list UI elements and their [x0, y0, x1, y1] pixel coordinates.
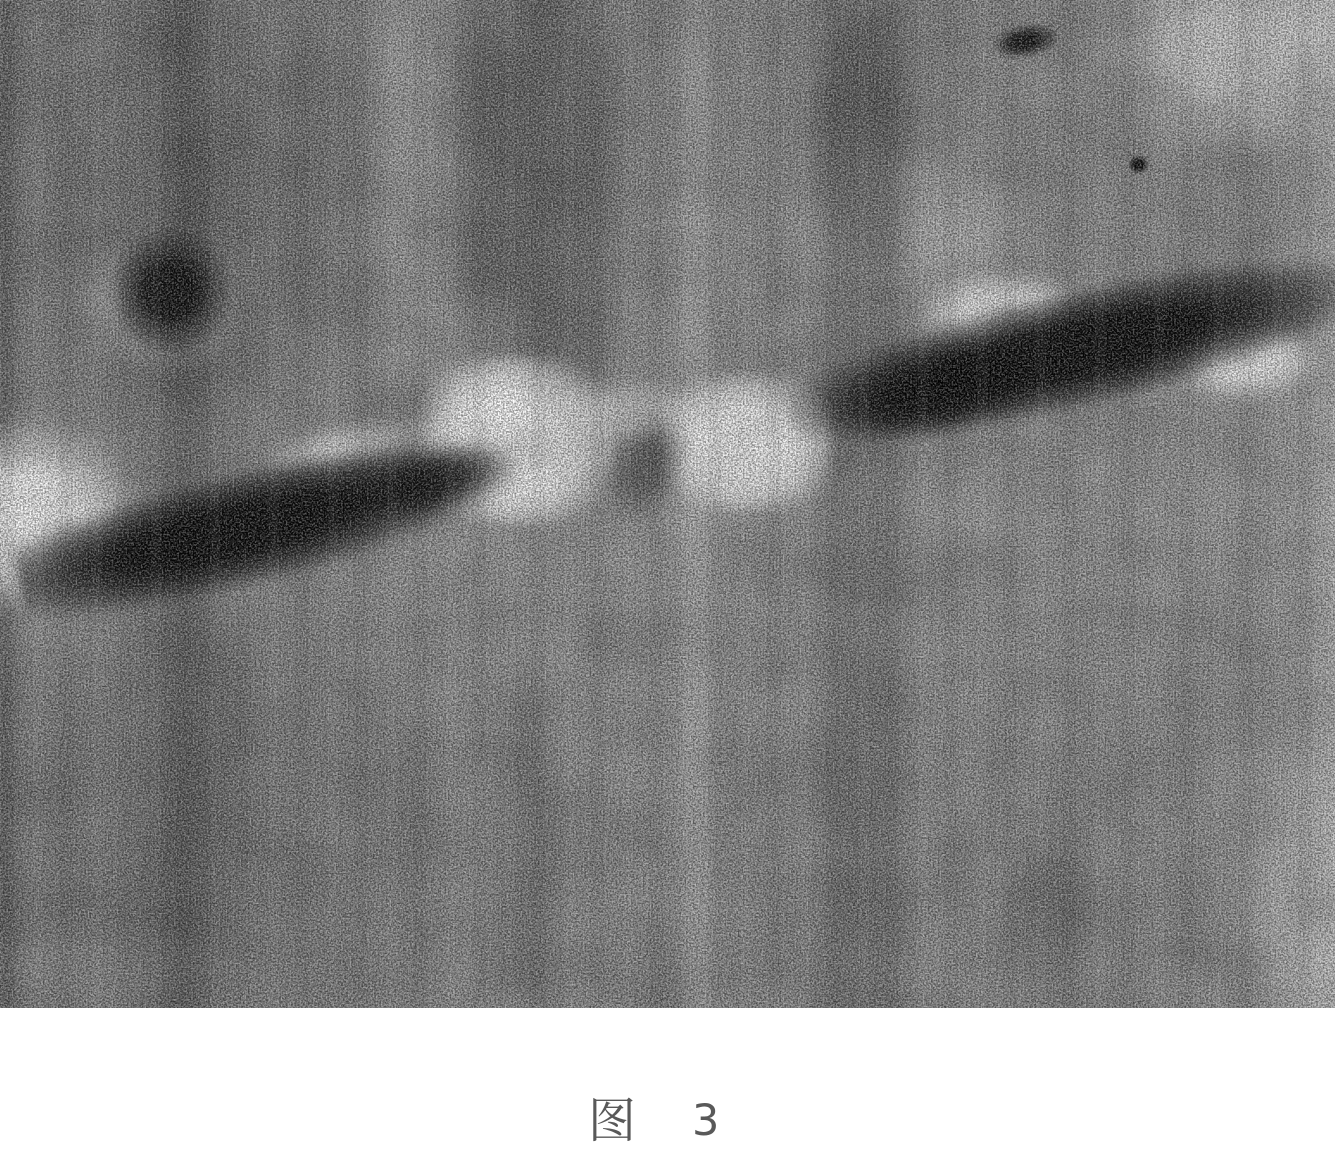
- dark-inclusion-top-left: [110, 226, 232, 356]
- stripe-center-top-dark: [448, 0, 633, 460]
- figure-caption: 图 3: [588, 1096, 719, 1148]
- white-wedge-left-edge: [0, 425, 135, 610]
- fracture-band-right-thick-end: [821, 327, 1049, 457]
- edge-left-dark: [0, 0, 28, 1008]
- stripe-right-dark: [798, 0, 926, 1008]
- halo-around-dark-inclusion: [80, 230, 245, 375]
- scanned-document-page: 图 3: [0, 0, 1335, 1149]
- figure-caption-number: 3: [692, 1096, 719, 1146]
- dark-dot-right: [1129, 156, 1148, 173]
- noise-mottle-overlay: [0, 0, 1335, 1008]
- wash-right-edge-light: [1255, 0, 1335, 1008]
- vertical-streak-texture: [0, 0, 1335, 1008]
- stripe-bottom-right-dark: [1008, 790, 1098, 1008]
- white-highlight-above-right-band: [922, 272, 1080, 362]
- light-bridge-between-highlights: [572, 382, 710, 446]
- stripe-bottom-center-dark: [485, 670, 570, 1008]
- stripe-right-cap-dark: [803, 5, 918, 295]
- white-highlight-center-right: [662, 374, 834, 512]
- wash-top-left-dark: [0, 0, 500, 520]
- dark-patch-between-highlights: [587, 397, 707, 534]
- stripe-light-a: [350, 0, 462, 390]
- stripe-left-dark: [128, 0, 240, 1008]
- fracture-band-left: [6, 410, 528, 636]
- noise-dark-rect: [0, 0, 1335, 1008]
- white-highlight-right-edge: [1172, 322, 1317, 402]
- noise-light-speckle-overlay: [0, 0, 1335, 1008]
- fracture-band-right: [778, 230, 1335, 470]
- stripe-light-b: [672, 0, 726, 1008]
- wash-bottom-right-light: [1215, 690, 1335, 1008]
- white-highlight-center-left: [416, 356, 616, 524]
- wash-top-right-light: [1075, 0, 1335, 160]
- noise-light-rect: [0, 0, 1335, 1008]
- noise-mottle-rect: [0, 0, 1335, 1008]
- dark-speck-top-right: [991, 20, 1062, 63]
- noise-dark-speckle-overlay: [0, 0, 1335, 1008]
- white-streak-above-left-band: [265, 408, 436, 487]
- micrograph-photo: [0, 0, 1335, 1008]
- wash-bottom-left-dark: [0, 540, 460, 1008]
- wash-above-band-light: [760, 130, 1060, 320]
- figure-caption-label: 图: [588, 1096, 636, 1146]
- fracture-band-left-tip: [351, 431, 514, 530]
